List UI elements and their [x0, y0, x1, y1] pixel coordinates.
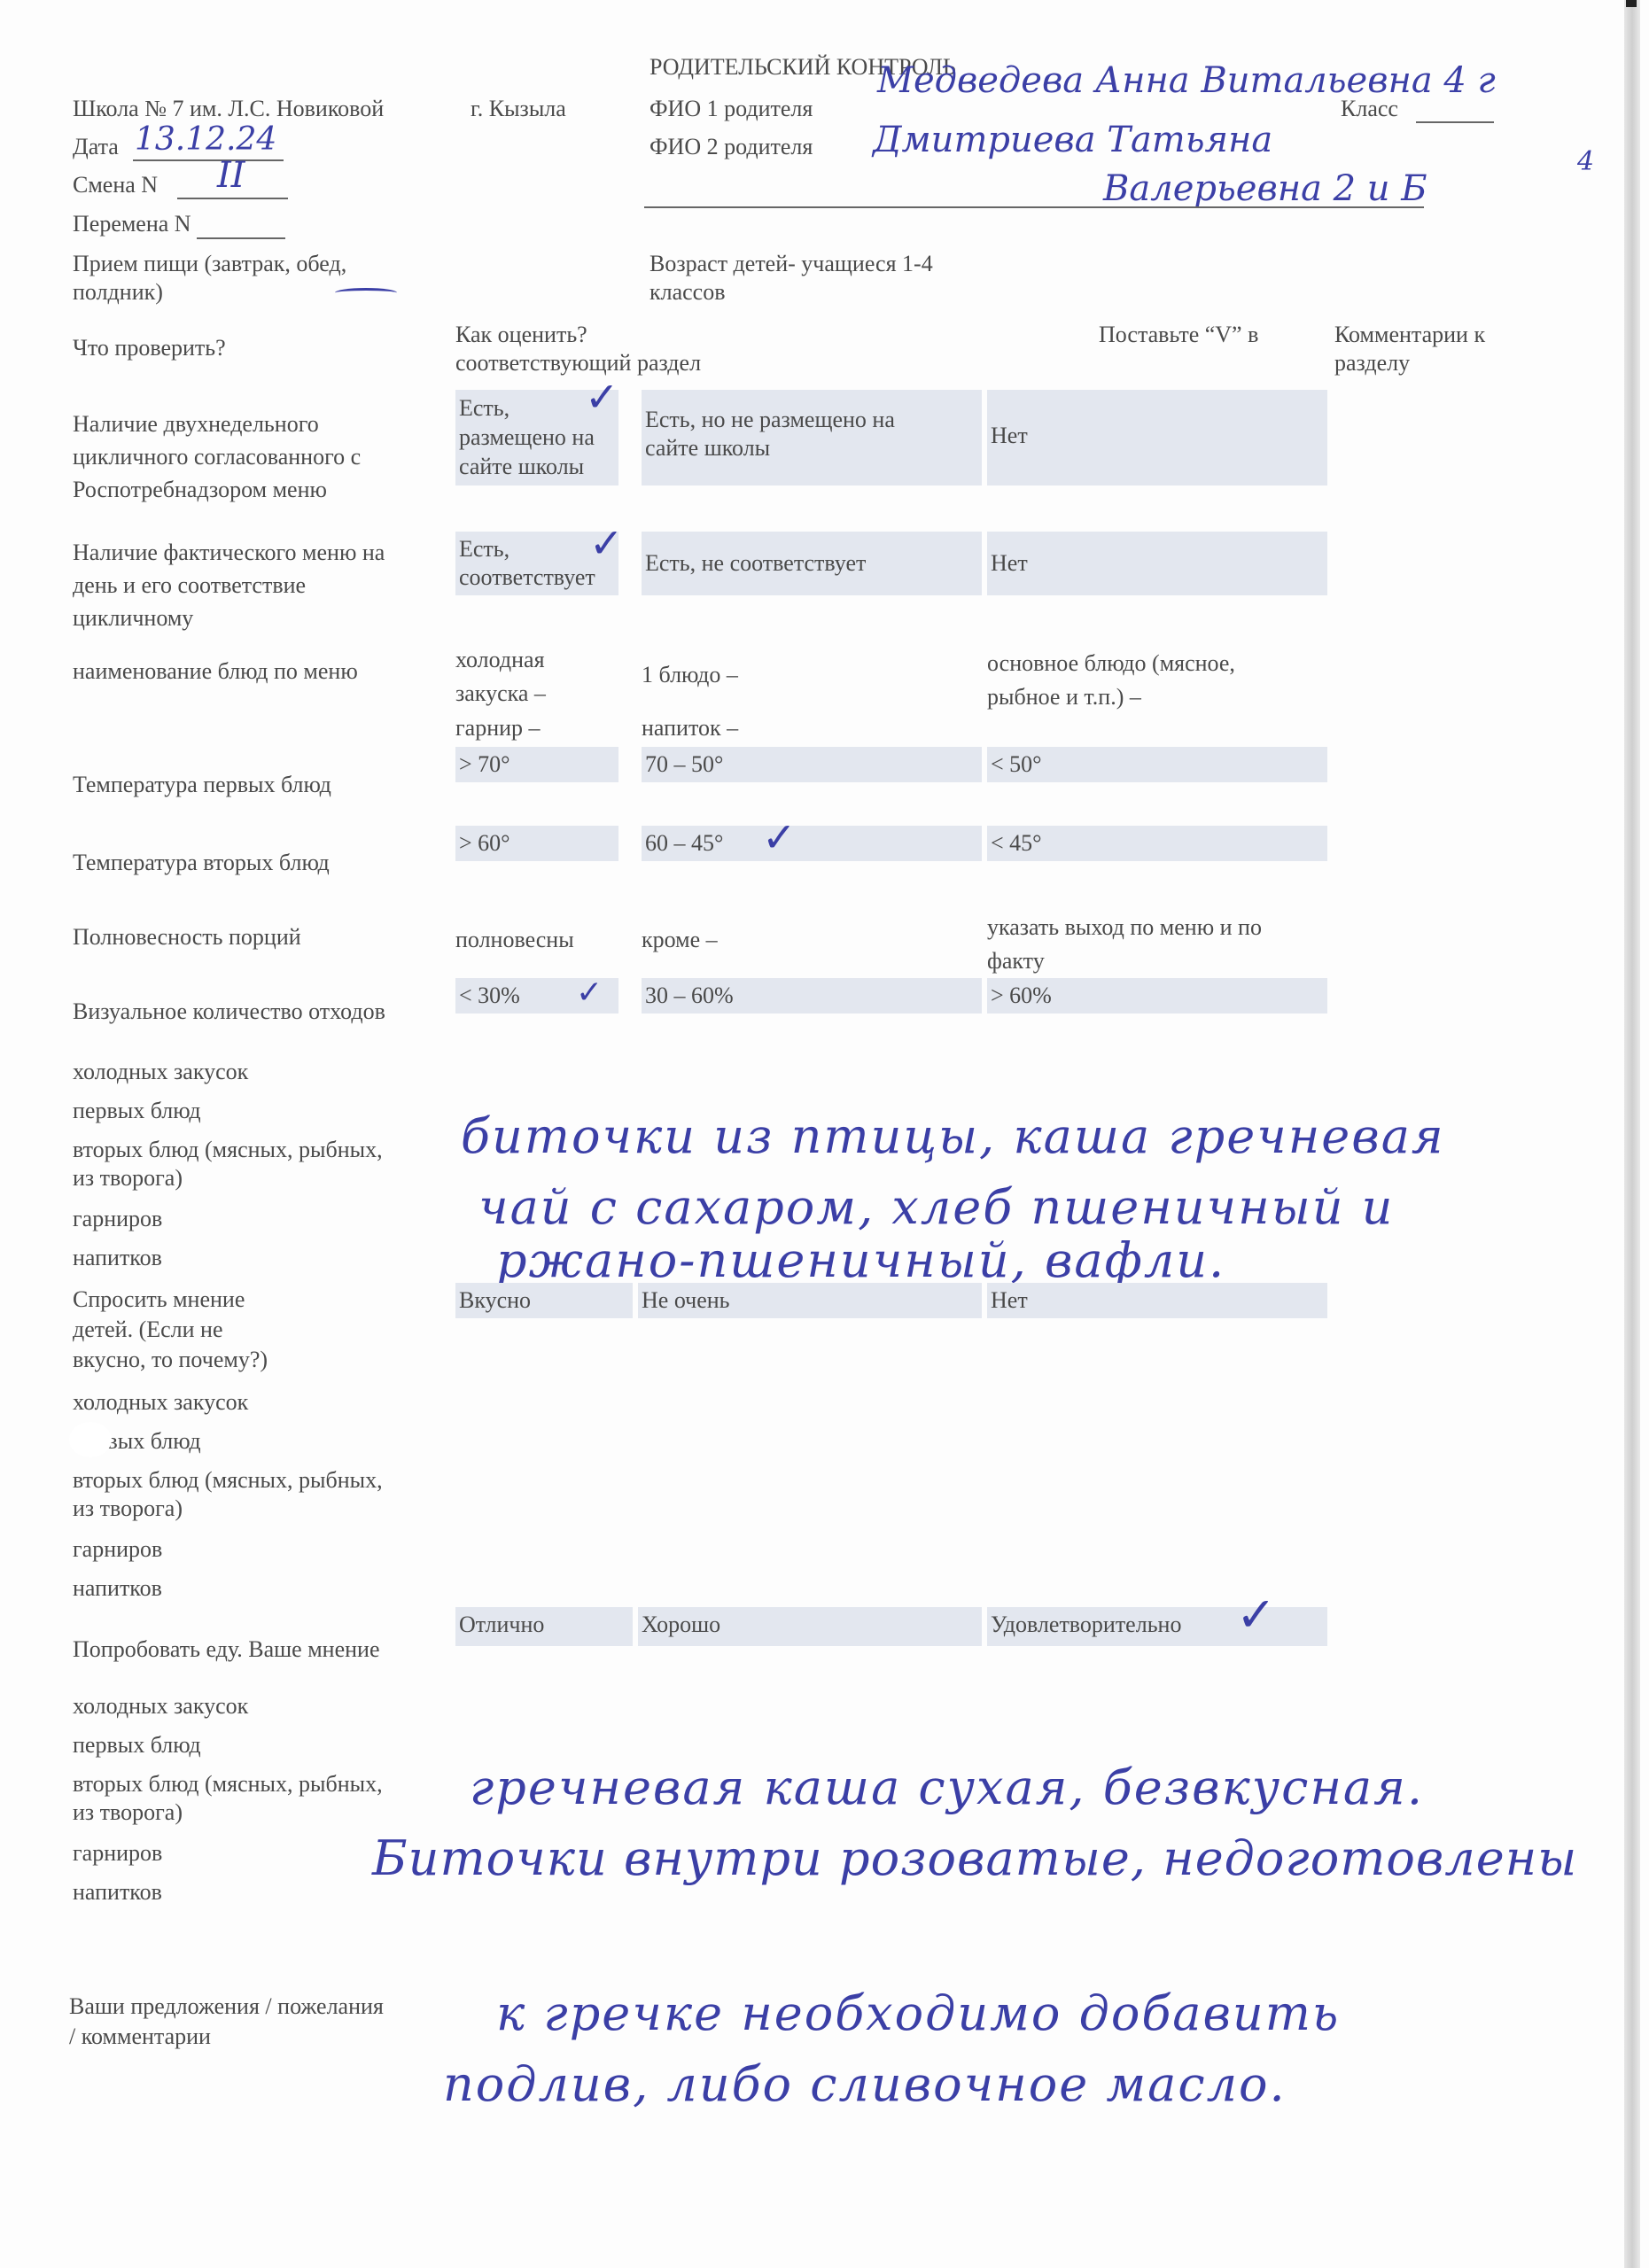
meal-label: Прием пищи (завтрак, обед, полдник): [73, 250, 346, 307]
date-label: Дата: [73, 133, 119, 161]
option-satisfactory[interactable]: Удовлетворительно: [987, 1607, 1327, 1646]
parent1-label: ФИО 1 родителя: [649, 95, 813, 123]
parent2-field[interactable]: Дмитриева Татьяна: [873, 120, 1272, 160]
option-temp2-low[interactable]: < 45°: [987, 826, 1327, 861]
option-temp1-low[interactable]: < 50°: [987, 747, 1327, 782]
row-label-cyclic-menu: Наличие двухнедельного цикличного соглас…: [73, 408, 361, 506]
option-excellent[interactable]: Отлично: [455, 1607, 633, 1646]
option-actual-no[interactable]: Нет: [987, 532, 1327, 595]
check-mark-icon: ✓: [762, 817, 797, 858]
option-main-course[interactable]: основное блюдо (мясное, рыбное и т.п.) –: [987, 647, 1235, 714]
shift-label: Смена N: [73, 171, 158, 199]
col-comments: Комментарии к разделу: [1334, 321, 1485, 377]
option-temp1-mid[interactable]: 70 – 50°: [642, 747, 982, 782]
paper-blemish: [69, 1422, 112, 1457]
check-mark-icon: ✓: [576, 973, 603, 1014]
option-waste-mid[interactable]: 30 – 60%: [642, 978, 982, 1014]
dish-first: первых блюд: [73, 1731, 201, 1759]
check-mark-icon: ✓: [585, 377, 619, 417]
parent2-label: ФИО 2 родителя: [649, 133, 813, 161]
dish-drinks: напитков: [73, 1244, 162, 1272]
row-label-portions: Полновесность порций: [73, 923, 301, 951]
option-actual-mismatch[interactable]: Есть, не соответствует: [642, 532, 982, 595]
option-garnish[interactable]: гарнир –: [455, 714, 541, 742]
suggestions-line2: подлив, либо сливочное масло.: [443, 2064, 1287, 2105]
option-good[interactable]: Хорошо: [638, 1607, 982, 1646]
option-tasty[interactable]: Вкусно: [455, 1283, 633, 1318]
dish-drinks: напитков: [73, 1878, 162, 1907]
option-specify-yield[interactable]: указать выход по меню и по факту: [987, 911, 1262, 978]
dish-second: вторых блюд (мясных, рыбных, из творога): [73, 1136, 383, 1192]
class-field[interactable]: [1416, 121, 1494, 123]
col-what: Что проверить?: [73, 334, 226, 362]
dish-drinks: напитков: [73, 1574, 162, 1603]
dish-cold-snacks: холодных закусок: [73, 1692, 248, 1720]
parent1-field[interactable]: Медведева Анна Витальевна 4 г: [877, 60, 1496, 101]
check-mark-icon: ✓: [1236, 1595, 1276, 1635]
break-field[interactable]: [197, 237, 285, 239]
option-temp1-high[interactable]: > 70°: [455, 747, 618, 782]
menu-comment-line2: чай с сахаром, хлеб пшеничный и: [478, 1187, 1394, 1228]
option-temp2-mid[interactable]: 60 – 45°: [642, 826, 982, 861]
row-label-dish-names: наименование блюд по меню: [73, 657, 358, 686]
option-except[interactable]: кроме –: [642, 926, 718, 954]
taste-label: Попробовать еду. Ваше мнение: [73, 1635, 379, 1664]
option-drink[interactable]: напиток –: [642, 714, 738, 742]
scan-edge: [1624, 0, 1640, 2268]
option-not-very[interactable]: Не очень: [638, 1283, 982, 1318]
option-cyclic-no[interactable]: Нет: [987, 390, 1327, 485]
parent2-field-line2: Валерьевна 2 и Б: [1103, 168, 1427, 209]
option-waste-high[interactable]: > 60%: [987, 978, 1327, 1014]
dish-garnish: гарниров: [73, 1839, 162, 1868]
col-how: Как оценить? соответствующий раздел: [455, 321, 701, 377]
option-no[interactable]: Нет: [987, 1283, 1327, 1318]
dish-second: вторых блюд (мясных, рыбных, из творога): [73, 1466, 383, 1523]
option-temp2-high[interactable]: > 60°: [455, 826, 618, 861]
row-label-temp-first: Температура первых блюд: [73, 771, 331, 799]
taste-comment-line2: Биточки внутри розоватые, недоготовлены: [372, 1838, 1577, 1879]
check-mark-icon: ✓: [589, 523, 624, 563]
age-label: Возраст детей- учащиеся 1-4 классов: [649, 250, 933, 307]
option-cold-snack[interactable]: холодная закуска –: [455, 643, 546, 711]
taste-comment-line1[interactable]: гречневая каша сухая, безвкусная.: [470, 1767, 1424, 1808]
dish-second: вторых блюд (мясных, рыбных, из творога): [73, 1770, 383, 1827]
parent2-class-mark: 4: [1577, 142, 1594, 183]
row-label-temp-second: Температура вторых блюд: [73, 849, 330, 877]
kids-opinion-label: Спросить мнение детей. (Если не вкусно, …: [73, 1285, 268, 1375]
scan-corner: [1626, 0, 1637, 7]
city: г. Кызыла: [471, 95, 566, 123]
date-field[interactable]: 13.12.24: [135, 120, 276, 160]
dish-garnish: гарниров: [73, 1205, 162, 1233]
dish-garnish: гарниров: [73, 1535, 162, 1564]
shift-field[interactable]: II: [217, 155, 245, 196]
option-full-weight[interactable]: полновесны: [455, 926, 574, 954]
dish-cold-snacks: холодных закусок: [73, 1058, 248, 1086]
meal-underline-mark: [335, 288, 397, 298]
dish-cold-snacks: холодных закусок: [73, 1388, 248, 1417]
suggestions-line1[interactable]: к гречке необходимо добавить: [496, 1993, 1340, 2034]
class-label: Класс: [1341, 95, 1398, 123]
menu-comment-line1[interactable]: битoчки из птицы, каша гречневая: [461, 1116, 1445, 1157]
row-label-waste: Визуальное количество отходов: [73, 998, 385, 1026]
menu-comment-line3: ржано-пшеничный, вафли.: [496, 1240, 1225, 1281]
option-cyclic-not-posted[interactable]: Есть, но не размещено на сайте школы: [642, 390, 982, 485]
break-label: Перемена N: [73, 210, 191, 238]
col-mark: Поставьте “V” в: [1099, 321, 1258, 349]
option-first-course[interactable]: 1 блюдо –: [642, 661, 738, 689]
dish-first: первых блюд: [73, 1097, 201, 1125]
suggestions-label: Ваши предложения / пожелания / комментар…: [69, 1992, 384, 2052]
row-label-actual-menu: Наличие фактического меню на день и его …: [73, 536, 385, 634]
